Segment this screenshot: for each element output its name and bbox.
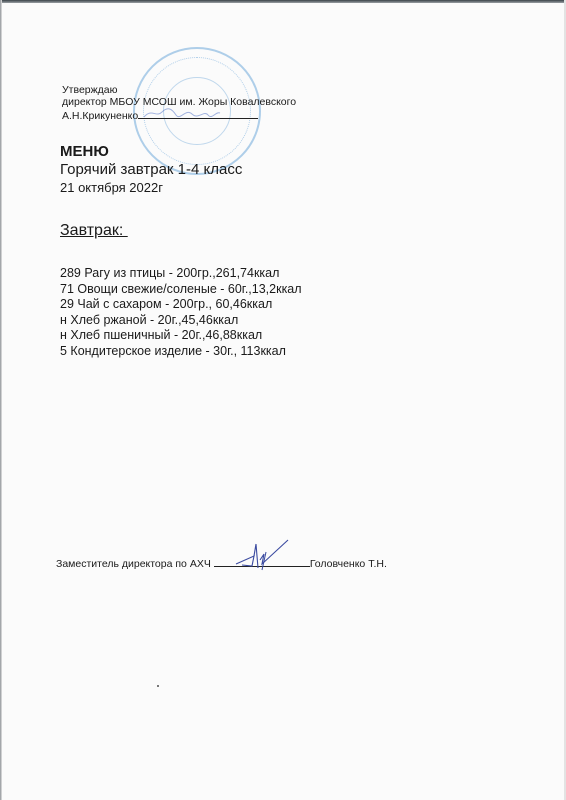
approver-name: А.Н.Крикуненко [62, 110, 138, 122]
scan-speck [157, 685, 159, 687]
menu-date: 21 октября 2022г [60, 179, 242, 197]
menu-item: 71 Овощи свежие/соленые - 60г.,13,2ккал [60, 282, 302, 298]
deputy-signature-icon [232, 538, 292, 572]
signature-line [138, 108, 258, 119]
approver-name-line: А.Н.Крикуненко [62, 108, 296, 122]
menu-item: н Хлеб пшеничный - 20г.,46,88ккал [60, 328, 302, 344]
approval-label: Утверждаю [62, 84, 296, 96]
menu-subtitle: Горячий завтрак 1-4 класс [60, 161, 242, 179]
deputy-name: Головченко Т.Н. [310, 558, 387, 570]
menu-item: 289 Рагу из птицы - 200гр.,261,74ккал [60, 266, 302, 282]
menu-item: н Хлеб ржаной - 20г.,45,46ккал [60, 313, 302, 329]
meal-heading: Завтрак: [60, 221, 128, 241]
deputy-signature-block: Заместитель директора по АХЧ Головченко … [56, 556, 387, 570]
deputy-signature-line [214, 556, 310, 567]
menu-item: 5 Кондитерское изделие - 30г., 113ккал [60, 344, 302, 360]
menu-header: МЕНЮ Горячий завтрак 1-4 класс 21 октябр… [60, 143, 242, 197]
signature-icon [142, 106, 222, 120]
scan-edge-left [0, 0, 2, 800]
menu-title: МЕНЮ [60, 143, 242, 161]
scan-edge-top [0, 0, 566, 3]
approval-block: Утверждаю директор МБОУ МСОШ им. Жоры Ко… [62, 84, 296, 122]
deputy-position: Заместитель директора по АХЧ [56, 558, 211, 570]
menu-items-list: 289 Рагу из птицы - 200гр.,261,74ккал 71… [60, 266, 302, 359]
menu-item: 29 Чай с сахаром - 200гр., 60,46ккал [60, 297, 302, 313]
